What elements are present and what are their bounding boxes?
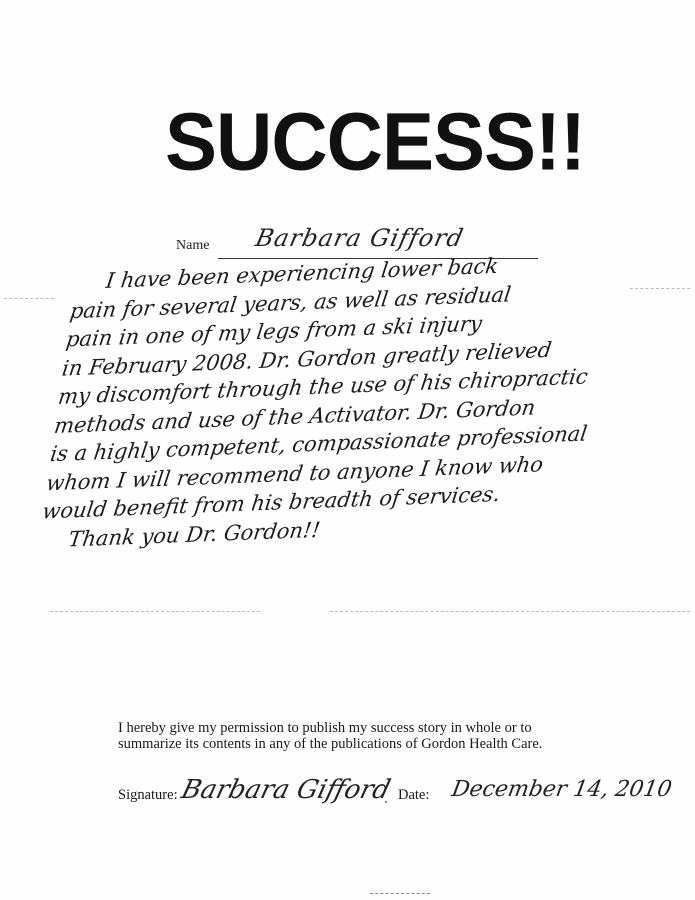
scan-artifact-line: [4, 298, 54, 299]
name-handwritten: Barbara Gifford: [253, 224, 466, 252]
signature-label: Signature:: [118, 787, 178, 804]
date-label: Date:: [398, 787, 429, 804]
scan-artifact-line: [630, 288, 690, 289]
date-handwritten: December 14, 2010: [450, 777, 674, 802]
permission-line: summarize its contents in any of the pub…: [118, 736, 678, 752]
scan-artifact-line: [370, 893, 430, 894]
success-story-form: SUCCESS!! Name Barbara Gifford I have be…: [0, 0, 695, 900]
scan-artifact-line: [50, 611, 260, 612]
scan-speck: [385, 801, 387, 803]
signature-handwritten: Barbara Gifford: [178, 775, 393, 805]
name-label: Name: [176, 238, 209, 254]
permission-statement: I hereby give my permission to publish m…: [118, 720, 678, 752]
scan-artifact-line: [330, 611, 690, 612]
testimonial-text: I have been experiencing lower back pain…: [37, 248, 606, 555]
page-title: SUCCESS!!: [150, 94, 600, 189]
permission-line: I hereby give my permission to publish m…: [118, 720, 678, 736]
signature-row: Signature: Barbara Gifford Date: Decembe…: [118, 775, 678, 835]
